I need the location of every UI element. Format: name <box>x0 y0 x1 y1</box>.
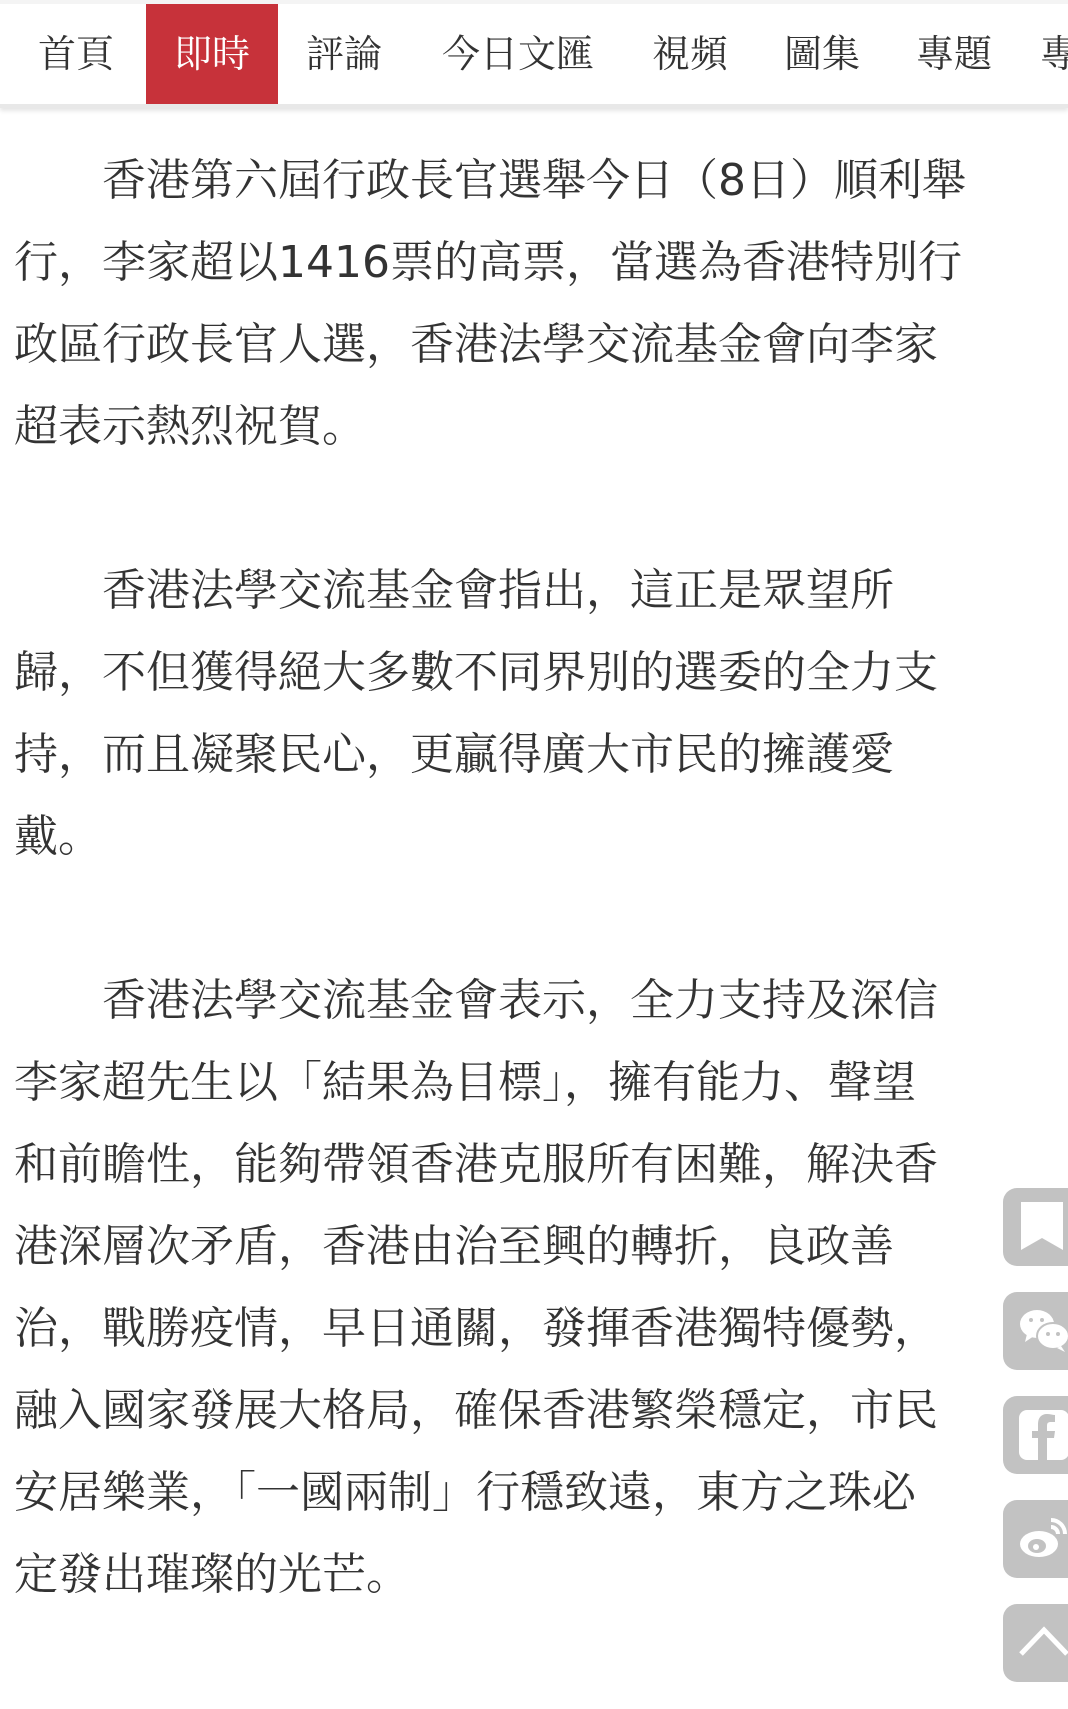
bookmark-button[interactable] <box>1003 1188 1068 1266</box>
text-line: 香港第六屆行政長官選舉今日（8日）順利舉 <box>14 140 1068 222</box>
text-line: 安居樂業，「一國兩制」行穩致遠，東方之珠必 <box>14 1452 1068 1534</box>
text-line: 歸，不但獲得絕大多數不同界別的選委的全力支 <box>14 632 1068 714</box>
nav-tab-home[interactable]: 首頁 <box>24 4 128 108</box>
nav-tab-video[interactable]: 視頻 <box>640 4 740 108</box>
back-to-top-button[interactable] <box>1003 1604 1068 1682</box>
bookmark-icon <box>1017 1200 1067 1254</box>
facebook-share-button[interactable] <box>1003 1396 1068 1474</box>
text-line: 治，戰勝疫情，早日通關，發揮香港獨特優勢， <box>14 1288 1068 1370</box>
text-line: 和前瞻性，能夠帶領香港克服所有困難，解決香 <box>14 1124 1068 1206</box>
text-line: 李家超先生以「結果為目標」，擁有能力、聲望 <box>14 1042 1068 1124</box>
text-line: 超表示熱烈祝賀。 <box>14 386 1068 468</box>
wechat-icon <box>1017 1304 1068 1358</box>
text-line: 香港法學交流基金會表示，全力支持及深信 <box>14 960 1068 1042</box>
text-line: 行，李家超以1416票的高票，當選為香港特別行 <box>14 222 1068 304</box>
article-paragraph: 香港法學交流基金會表示，全力支持及深信 李家超先生以「結果為目標」，擁有能力、聲… <box>14 960 1068 1616</box>
article-paragraph: 香港第六屆行政長官選舉今日（8日）順利舉 行，李家超以1416票的高票，當選為香… <box>14 140 1068 468</box>
chevron-up-icon <box>1017 1616 1068 1670</box>
nav-tab-today-wenwei[interactable]: 今日文匯 <box>428 4 608 108</box>
nav-tab-special-topics[interactable]: 專題 <box>904 4 1004 108</box>
weibo-share-button[interactable] <box>1003 1500 1068 1578</box>
weibo-icon <box>1017 1512 1068 1566</box>
nav-tab-gallery[interactable]: 圖集 <box>772 4 872 108</box>
nav-tab-overflow[interactable]: 專 <box>1040 4 1068 108</box>
article-body: 香港第六屆行政長官選舉今日（8日）順利舉 行，李家超以1416票的高票，當選為香… <box>14 140 1068 1698</box>
article-paragraph: 香港法學交流基金會指出，這正是眾望所 歸，不但獲得絕大多數不同界別的選委的全力支… <box>14 550 1068 878</box>
top-nav-bar: 首頁 即時 評論 今日文匯 視頻 圖集 專題 專 <box>0 0 1068 108</box>
text-line: 政區行政長官人選，香港法學交流基金會向李家 <box>14 304 1068 386</box>
wechat-share-button[interactable] <box>1003 1292 1068 1370</box>
text-line: 持，而且凝聚民心，更贏得廣大市民的擁護愛 <box>14 714 1068 796</box>
facebook-icon <box>1017 1408 1068 1462</box>
text-line: 戴。 <box>14 796 1068 878</box>
nav-tab-commentary[interactable]: 評論 <box>292 4 396 108</box>
text-line: 港深層次矛盾，香港由治至興的轉折，良政善 <box>14 1206 1068 1288</box>
nav-tab-instant[interactable]: 即時 <box>146 4 278 108</box>
text-line: 香港法學交流基金會指出，這正是眾望所 <box>14 550 1068 632</box>
text-line: 融入國家發展大格局，確保香港繁榮穩定，市民 <box>14 1370 1068 1452</box>
text-line: 定發出璀璨的光芒。 <box>14 1534 1068 1616</box>
